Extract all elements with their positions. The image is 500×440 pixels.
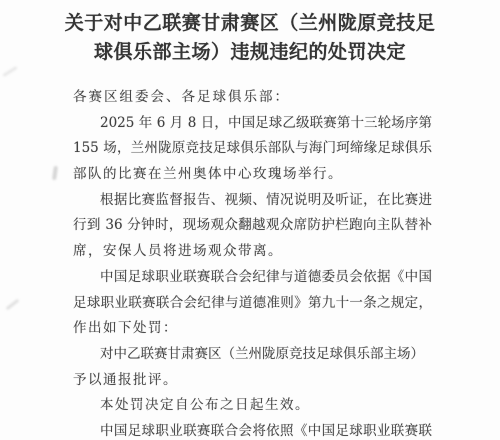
body-line: 作出如下处罚： <box>73 316 432 342</box>
title-line-2: 球俱乐部主场）违规违纪的处罚决定 <box>0 38 500 67</box>
body-line: 根据比赛监督报告、视频、情况说明及听证，在比赛进 <box>73 188 432 214</box>
document-title: 关于对中乙联赛甘肃赛区（兰州陇原竞技足 球俱乐部主场）违规违纪的处罚决定 <box>0 9 500 67</box>
body-line: 行到 36 分钟时，现场观众翻越观众席防护栏跑向主队替补 <box>73 213 432 239</box>
body-line: 足球职业联赛联合会纪律与道德准则》第九十一条之规定， <box>73 291 432 317</box>
body-line: 155 场，兰州陇原竞技足球俱乐部队与海门珂缔缘足球俱乐 <box>73 136 432 162</box>
body-line: 中国足球职业联赛联合会纪律与道德委员会依据《中国 <box>73 265 432 291</box>
body-line: 对中乙联赛甘肃赛区（兰州陇原竞技足球俱乐部主场） <box>73 342 432 368</box>
document-page: 关于对中乙联赛甘肃赛区（兰州陇原竞技足 球俱乐部主场）违规违纪的处罚决定 各赛区… <box>0 0 500 440</box>
scan-artifact <box>52 166 58 180</box>
body-line: 本处罚决定自公布之日起生效。 <box>73 393 432 419</box>
body-line: 部队的比赛在兰州奥体中心玫瑰场举行。 <box>73 162 432 188</box>
body-line: 2025 年 6 月 8 日，中国足球乙级联赛第十三轮场序第 <box>73 111 432 137</box>
document-body: 各赛区组委会、各足球俱乐部： 2025 年 6 月 8 日，中国足球乙级联赛第十… <box>73 85 432 440</box>
body-line: 席，安保人员将进场观众带离。 <box>73 239 432 265</box>
body-line: 予以通报批评。 <box>73 368 432 394</box>
scan-artifact <box>6 299 20 311</box>
scan-artifact <box>2 66 17 77</box>
title-line-1: 关于对中乙联赛甘肃赛区（兰州陇原竞技足 <box>0 9 500 38</box>
salutation: 各赛区组委会、各足球俱乐部： <box>73 85 432 111</box>
body-line: 中国足球职业联赛联合会将依照《中国足球职业联赛联 <box>73 419 432 440</box>
